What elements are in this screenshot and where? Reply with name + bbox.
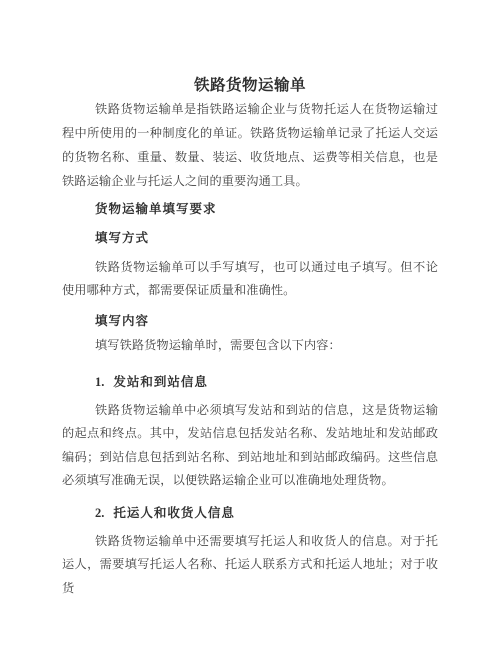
stations-paragraph: 铁路货物运输单中必须填写发站和到站的信息，这是货物运输的起点和终点。其中，发站信… (62, 399, 438, 492)
subsection-heading-method: 填写方式 (62, 228, 438, 246)
document-title: 铁路货物运输单 (0, 73, 500, 95)
item-number: 1. (95, 375, 104, 390)
document-page: 铁路货物运输单 铁路货物运输单是指铁路运输企业与货物托运人在货物运输过程中所使用… (0, 0, 500, 647)
subsection-heading-content: 填写内容 (62, 311, 438, 329)
parties-paragraph: 铁路货物运输单中还需要填写托运人和收货人的信息。对于托运人，需要填写托运人名称、… (62, 530, 438, 600)
item-heading-label: 托运人和收货人信息 (113, 503, 235, 521)
intro-paragraph: 铁路货物运输单是指铁路运输企业与货物托运人在货物运输过程中所使用的一种制度化的单… (62, 97, 438, 193)
item-heading-stations: 1.发站和到站信息 (62, 372, 438, 390)
item-heading-parties: 2.托运人和收货人信息 (62, 503, 438, 521)
method-paragraph: 铁路货物运输单可以手写填写，也可以通过电子填写。但不论使用哪种方式，都需要保证质… (62, 256, 438, 303)
item-number: 2. (95, 506, 104, 521)
section-heading-requirements: 货物运输单填写要求 (62, 199, 438, 217)
content-lead-paragraph: 填写铁路货物运输单时，需要包含以下内容： (62, 334, 438, 357)
item-heading-label: 发站和到站信息 (113, 372, 208, 390)
